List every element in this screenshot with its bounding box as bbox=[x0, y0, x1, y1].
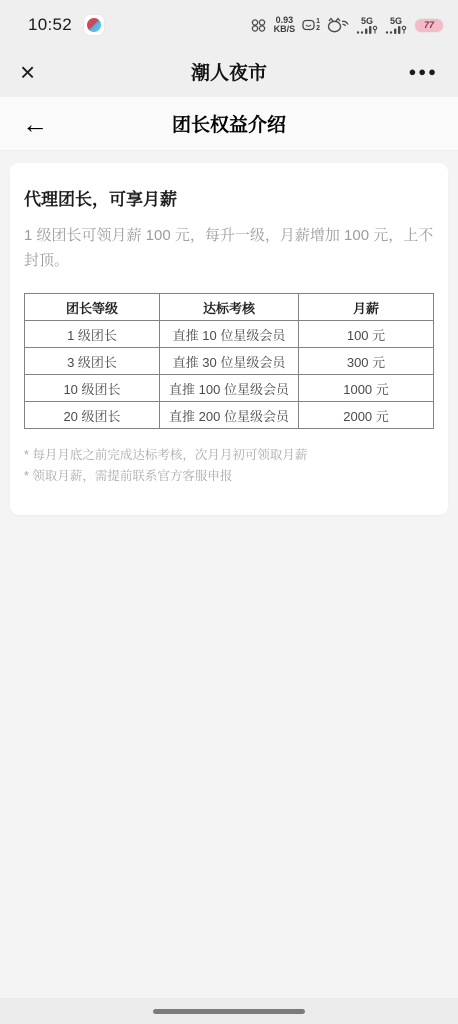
cell-assessment: 直推 200 位星级会员 bbox=[159, 402, 298, 429]
footnote-1: * 每月月底之前完成达标考核，次月月初可领取月薪 bbox=[24, 445, 434, 466]
cell-level: 1 级团长 bbox=[25, 321, 160, 348]
benefits-card: 代理团长，可享月薪 1 级团长可领月薪 100 元，每升一级，月薪增加 100 … bbox=[10, 163, 448, 515]
cell-assessment: 直推 30 位星级会员 bbox=[159, 348, 298, 375]
cell-salary: 1000 元 bbox=[299, 375, 434, 402]
table-row: 10 级团长 直推 100 位星级会员 1000 元 bbox=[25, 375, 434, 402]
battery-icon: 77 bbox=[414, 18, 444, 33]
col-header-assessment: 达标考核 bbox=[159, 294, 298, 321]
screen: 10:52 0.93 KB/S bbox=[0, 0, 458, 1024]
col-header-level: 团长等级 bbox=[25, 294, 160, 321]
bottom-bar bbox=[0, 998, 458, 1024]
cell-level: 10 级团长 bbox=[25, 375, 160, 402]
salary-table: 团长等级 达标考核 月薪 1 级团长 直推 10 位星级会员 100 元 3 级… bbox=[24, 293, 434, 429]
network-speed: 0.93 KB/S bbox=[274, 16, 296, 34]
back-arrow-icon[interactable]: ← bbox=[22, 111, 48, 137]
col-header-salary: 月薪 bbox=[299, 294, 434, 321]
card-title: 代理团长，可享月薪 bbox=[24, 185, 434, 210]
cell-salary: 100 元 bbox=[299, 321, 434, 348]
status-bar: 10:52 0.93 KB/S bbox=[0, 0, 458, 46]
app-notification-icon bbox=[84, 15, 104, 35]
table-header-row: 团长等级 达标考核 月薪 bbox=[25, 294, 434, 321]
table-row: 20 级团长 直推 200 位星级会员 2000 元 bbox=[25, 402, 434, 429]
content-area: 代理团长，可享月薪 1 级团长可领月薪 100 元，每升一级，月薪增加 100 … bbox=[0, 150, 458, 515]
clock: 10:52 bbox=[28, 15, 72, 35]
table-row: 1 级团长 直推 10 位星级会员 100 元 bbox=[25, 321, 434, 348]
wifi-cat-icon bbox=[327, 17, 349, 33]
close-icon[interactable]: × bbox=[20, 62, 35, 82]
signal-sim1-icon: 5G bbox=[356, 17, 378, 34]
nav-bar: × 潮人夜市 ●●● bbox=[0, 46, 458, 97]
app-title: 潮人夜市 bbox=[0, 58, 458, 85]
page-header: ← 团长权益介绍 bbox=[0, 97, 458, 150]
card-description: 1 级团长可领月薪 100 元，每升一级，月薪增加 100 元，上不封顶。 bbox=[24, 223, 434, 273]
cell-salary: 2000 元 bbox=[299, 402, 434, 429]
cell-level: 20 级团长 bbox=[25, 402, 160, 429]
footnotes: * 每月月底之前完成达标考核，次月月初可领取月薪 * 领取月薪，需提前联系官方客… bbox=[24, 445, 434, 487]
signal-sim2-icon: 5G bbox=[385, 17, 407, 34]
page-title: 团长权益介绍 bbox=[0, 110, 458, 137]
cell-assessment: 直推 100 位星级会员 bbox=[159, 375, 298, 402]
footnote-2: * 领取月薪，需提前联系官方客服申报 bbox=[24, 466, 434, 487]
volte-dual-sim-icon: 1 2 bbox=[302, 18, 320, 32]
cell-level: 3 级团长 bbox=[25, 348, 160, 375]
table-row: 3 级团长 直推 30 位星级会员 300 元 bbox=[25, 348, 434, 375]
cell-assessment: 直推 10 位星级会员 bbox=[159, 321, 298, 348]
theme-flower-icon bbox=[250, 18, 267, 33]
more-menu-icon[interactable]: ●●● bbox=[408, 64, 438, 79]
cell-salary: 300 元 bbox=[299, 348, 434, 375]
home-indicator[interactable] bbox=[153, 1009, 305, 1014]
